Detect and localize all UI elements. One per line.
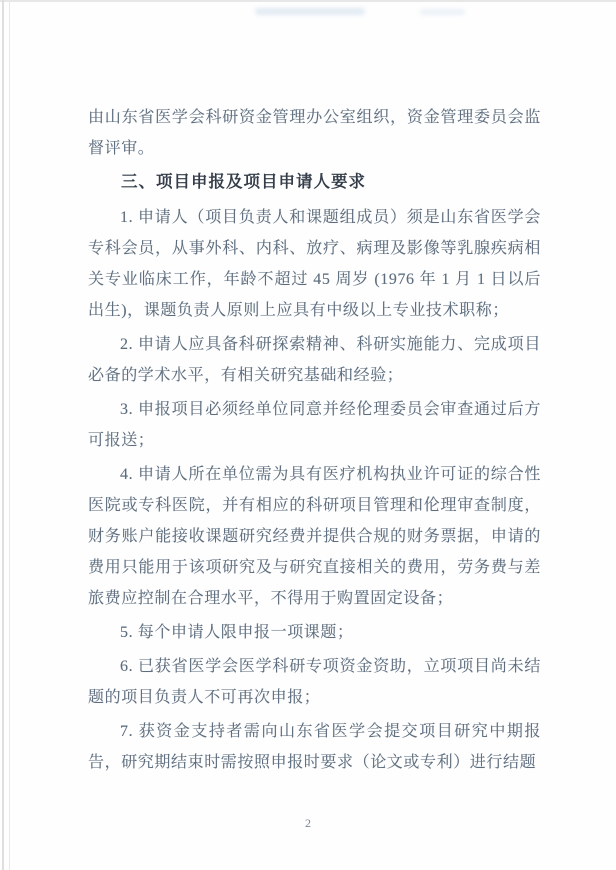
scan-bleedthrough-smudge xyxy=(420,9,465,15)
scan-edge-left-line xyxy=(2,0,4,870)
paragraph-item-4: 4. 申请人所在单位需为具有医疗机构执业许可证的综合性医院或专科医院，并有相应的… xyxy=(88,459,541,614)
scan-edge-top xyxy=(0,0,616,2)
paragraph-item-5: 5. 每个申请人限申报一项课题； xyxy=(88,617,541,648)
section-heading: 三、项目申报及项目申请人要求 xyxy=(88,167,541,198)
paragraph-item-3: 3. 申报项目必须经单位同意并经伦理委员会审查通过后方可报送； xyxy=(88,394,541,456)
document-body: 由山东省医学会科研资金管理办公室组织，资金管理委员会监督评审。 三、项目申报及项… xyxy=(88,102,541,781)
paragraph-item-6: 6. 已获省医学会医学科研专项资金资助，立项项目尚未结题的项目负责人不可再次申报… xyxy=(88,651,541,713)
paragraph-item-2: 2. 申请人应具备科研探索精神、科研实施能力、完成项目必备的学术水平，有相关研究… xyxy=(88,329,541,391)
scan-edge-left-faint-line xyxy=(9,0,10,870)
scan-bleedthrough-smudge xyxy=(255,8,365,15)
page-number: 2 xyxy=(0,816,616,831)
paragraph-intro: 由山东省医学会科研资金管理办公室组织，资金管理委员会监督评审。 xyxy=(88,102,541,164)
scanned-document-page: 由山东省医学会科研资金管理办公室组织，资金管理委员会监督评审。 三、项目申报及项… xyxy=(0,0,616,870)
paragraph-item-7: 7. 获资金支持者需向山东省医学会提交项目研究中期报告，研究期结束时需按照申报时… xyxy=(88,716,541,778)
paragraph-item-1: 1. 申请人（项目负责人和课题组成员）须是山东省医学会专科会员，从事外科、内科、… xyxy=(88,202,541,326)
